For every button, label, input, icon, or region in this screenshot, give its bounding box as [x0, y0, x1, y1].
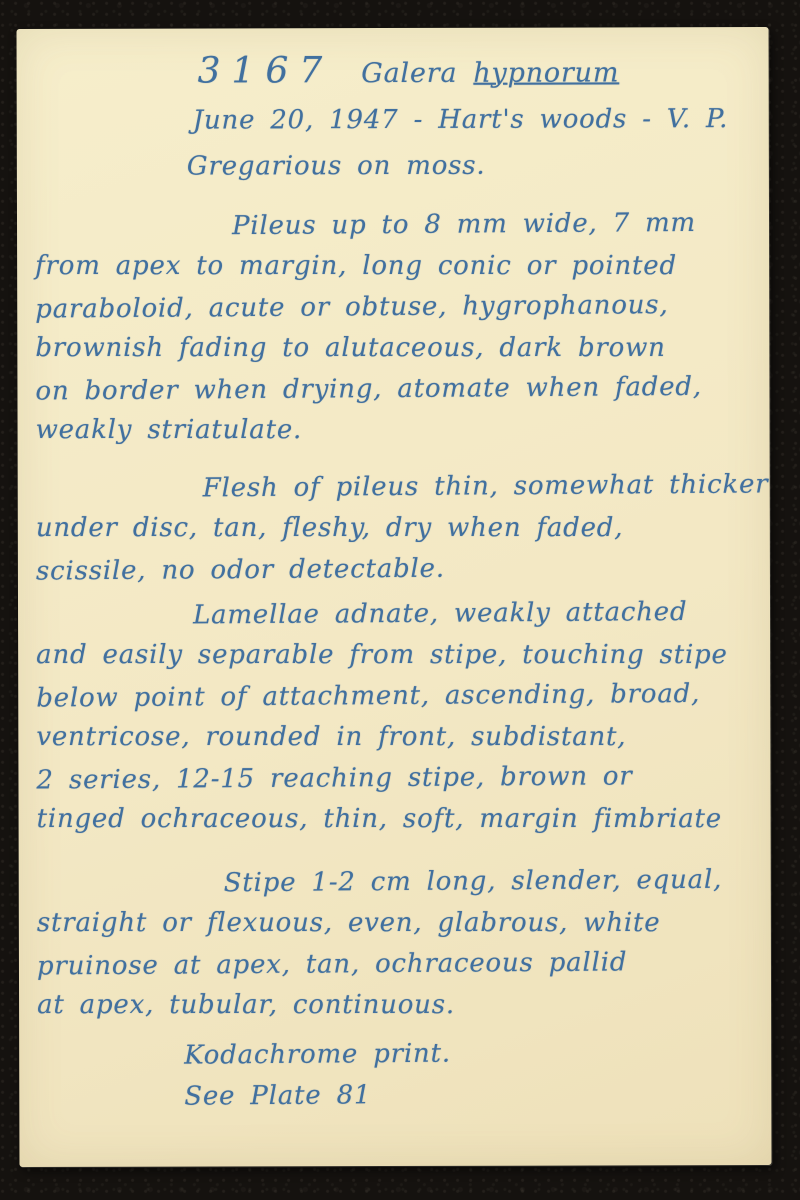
collection-number: 3167: [198, 50, 334, 91]
note-line: brownish fading to alutaceous, dark brow…: [35, 328, 763, 369]
date-location-line: June 20, 1947 - Hart's woods - V. P.: [35, 96, 763, 144]
note-line: weakly striatulate.: [36, 410, 764, 451]
species-genus: Galera: [361, 58, 457, 89]
paragraph-lamellae: Lamellae adnate, weakly attached and eas…: [36, 593, 765, 841]
note-line: from apex to margin, long conic or point…: [35, 246, 763, 287]
habit-line: Gregarious on moss.: [35, 142, 763, 190]
note-line: Flesh of pileus thin, somewhat thicker: [36, 464, 764, 510]
header-title-line: 3167Galerahypnorum: [35, 47, 763, 98]
note-line: on border when drying, atomate when fade…: [35, 366, 763, 412]
note-line: under disc, tan, fleshy, dry when faded,: [36, 508, 764, 549]
note-content: 3167Galerahypnorum June 20, 1947 - Hart'…: [35, 47, 766, 1117]
paragraph-flesh: Flesh of pileus thin, somewhat thicker u…: [36, 466, 764, 591]
note-card: 3167Galerahypnorum June 20, 1947 - Hart'…: [17, 27, 772, 1167]
species-epithet: hypnorum: [473, 57, 619, 88]
paragraph-pileus: Pileus up to 8 mm wide, 7 mm from apex t…: [35, 204, 764, 452]
note-line: 2 series, 12-15 reaching stipe, brown or: [36, 755, 764, 801]
note-line: at apex, tubular, continuous.: [37, 985, 765, 1026]
note-line: Pileus up to 8 mm wide, 7 mm: [35, 202, 763, 248]
kodachrome-note-line: Kodachrome print.: [37, 1031, 765, 1078]
note-line: ventricose, rounded in front, subdistant…: [36, 717, 764, 758]
closing-lines: Kodachrome print. See Plate 81: [37, 1033, 765, 1117]
note-line: scissile, no odor detectable.: [36, 546, 764, 592]
note-line: straight or flexuous, even, glabrous, wh…: [37, 903, 765, 944]
plate-reference-line: See Plate 81: [37, 1072, 765, 1119]
paragraph-stipe: Stipe 1-2 cm long, slender, equal, strai…: [37, 861, 765, 1027]
note-line: below point of attachment, ascending, br…: [36, 673, 764, 719]
note-line: pruinose at apex, tan, ochraceous pallid: [37, 941, 765, 987]
note-line: Lamellae adnate, weakly attached: [36, 591, 764, 637]
photo-background: 3167Galerahypnorum June 20, 1947 - Hart'…: [0, 0, 800, 1200]
note-line: paraboloid, acute or obtuse, hygrophanou…: [35, 284, 763, 330]
note-line: tinged ochraceous, thin, soft, margin fi…: [37, 799, 765, 840]
note-line: and easily separable from stipe, touchin…: [36, 635, 764, 676]
note-line: Stipe 1-2 cm long, slender, equal,: [37, 859, 765, 905]
